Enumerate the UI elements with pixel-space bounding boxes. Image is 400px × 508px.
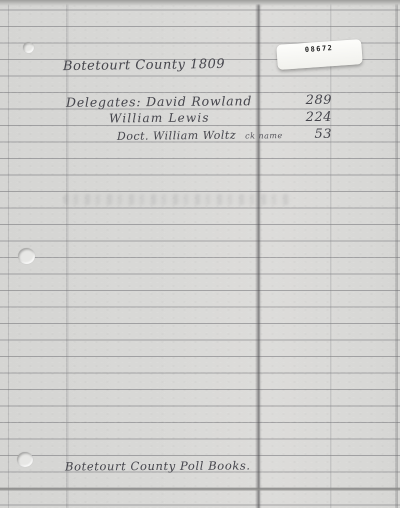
scanned-notebook-page: 08672 Botetourt County 1809 Delegates: D…: [0, 0, 400, 508]
paper-grain-texture: [0, 0, 400, 508]
punch-hole-middle: [18, 248, 35, 264]
delegate-row-votes: 224: [292, 110, 332, 126]
archival-label-number: 08672: [276, 42, 361, 56]
delegate-name-text: Doct. William Woltz: [117, 129, 236, 143]
delegate-row-votes: 53: [292, 127, 332, 143]
check-name-annotation: ck name: [245, 131, 283, 140]
paper-bottom-edge: [0, 487, 400, 491]
punch-hole-top: [23, 42, 34, 53]
punch-hole-bottom: [17, 452, 33, 467]
delegate-row-name: William Lewis: [109, 111, 210, 126]
delegate-row-name: Doct. William Woltzck name: [117, 128, 283, 143]
footer-note: Botetourt County Poll Books.: [65, 460, 251, 475]
page-title: Botetourt County 1809: [63, 57, 225, 75]
delegate-row-name: Delegates: David Rowland: [66, 93, 252, 110]
delegate-row-votes: 289: [292, 93, 332, 109]
scan-top-edge: [0, 0, 400, 6]
erased-pencil-writing: [63, 194, 291, 205]
